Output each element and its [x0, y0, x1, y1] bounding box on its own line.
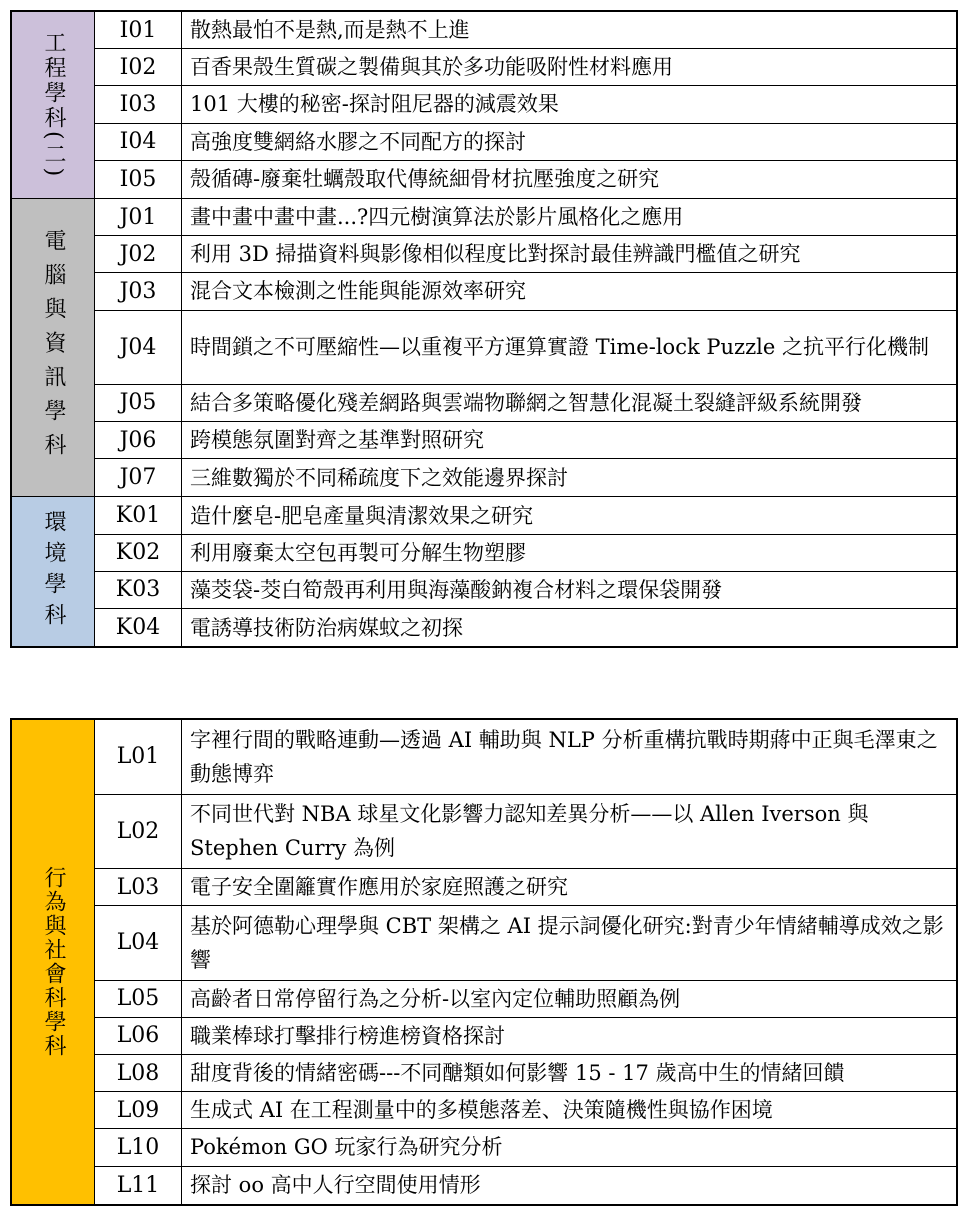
table-row: L06職業棒球打擊排行榜進榜資格探討: [95, 1018, 956, 1055]
project-title: 高強度雙網絡水膠之不同配方的探討: [182, 124, 956, 160]
table-row: J06跨模態氛圍對齊之基準對照研究: [95, 422, 956, 459]
table-row: J02利用 3D 掃描資料與影像相似程度比對探討最佳辨識門檻值之研究: [95, 236, 956, 273]
project-title: 殼循磚-廢棄牡蠣殼取代傳統細骨材抗壓強度之研究: [182, 161, 956, 198]
project-code: L09: [95, 1092, 182, 1128]
group-rows: L01字裡行間的戰略連動—透過 AI 輔助與 NLP 分析重構抗戰時期蔣中正與毛…: [95, 720, 956, 1203]
project-title: 職業棒球打擊排行榜進榜資格探討: [182, 1018, 956, 1054]
project-title: 高齡者日常停留行為之分析-以室內定位輔助照顧為例: [182, 981, 956, 1017]
subject-table-behavioral-social: 行為與社會科學科L01字裡行間的戰略連動—透過 AI 輔助與 NLP 分析重構抗…: [10, 718, 958, 1205]
project-title: 三維數獨於不同稀疏度下之效能邊界探討: [182, 459, 956, 496]
project-code: L02: [95, 795, 182, 868]
project-code: I04: [95, 124, 182, 160]
project-code: J05: [95, 385, 182, 421]
project-title: 不同世代對 NBA 球星文化影響力認知差異分析——以 Allen Iverson…: [182, 795, 956, 868]
project-code: I05: [95, 161, 182, 198]
project-title: 造什麼皂-肥皂產量與清潔效果之研究: [182, 497, 956, 533]
group-rows: J01畫中畫中畫中畫...?四元樹演算法於影片風格化之應用J02利用 3D 掃描…: [95, 199, 956, 497]
project-code: L04: [95, 906, 182, 979]
table-row: L02不同世代對 NBA 球星文化影響力認知差異分析——以 Allen Iver…: [95, 795, 956, 869]
table-row: L11探討 oo 高中人行空間使用情形: [95, 1167, 956, 1204]
project-title: 電誘導技術防治病媒蚊之初探: [182, 609, 956, 646]
project-code: K03: [95, 572, 182, 608]
project-code: L10: [95, 1129, 182, 1165]
category-cell: 環境學科: [12, 497, 95, 646]
category-cell: 行為與社會科學科: [12, 720, 95, 1203]
project-code: J07: [95, 459, 182, 496]
project-title: 藻茭袋-茭白筍殼再利用與海藻酸鈉複合材料之環保袋開發: [182, 572, 956, 608]
table-row: J01畫中畫中畫中畫...?四元樹演算法於影片風格化之應用: [95, 199, 956, 236]
project-title: 探討 oo 高中人行空間使用情形: [182, 1167, 956, 1204]
table-row: J03混合文本檢測之性能與能源效率研究: [95, 273, 956, 310]
project-title: 利用 3D 掃描資料與影像相似程度比對探討最佳辨識門檻值之研究: [182, 236, 956, 272]
project-code: I01: [95, 12, 182, 48]
project-code: J02: [95, 236, 182, 272]
project-title: 基於阿德勒心理學與 CBT 架構之 AI 提示詞優化研究:對青少年情緒輔導成效之…: [182, 906, 956, 979]
project-code: J06: [95, 422, 182, 458]
table-row: L01字裡行間的戰略連動—透過 AI 輔助與 NLP 分析重構抗戰時期蔣中正與毛…: [95, 720, 956, 794]
table-row: L05高齡者日常停留行為之分析-以室內定位輔助照顧為例: [95, 981, 956, 1018]
project-title: 利用廢棄太空包再製可分解生物塑膠: [182, 535, 956, 571]
project-title: 甜度背後的情緒密碼---不同醣類如何影響 15 - 17 歲高中生的情緒回饋: [182, 1055, 956, 1091]
project-code: L03: [95, 869, 182, 905]
subject-table-engineering-computer-environment: 工程學科(二)I01散熱最怕不是熱,而是熱不上進I02百香果殼生質碳之製備與其於…: [10, 10, 958, 648]
project-title: 時間鎖之不可壓縮性—以重複平方運算實證 Time-lock Puzzle 之抗平…: [182, 311, 956, 384]
category-cell: 工程學科(二): [12, 12, 95, 198]
table-row: L03電子安全圍籬實作應用於家庭照護之研究: [95, 869, 956, 906]
category-label: 環境學科: [42, 510, 64, 634]
category-group: 電腦與資訊學科J01畫中畫中畫中畫...?四元樹演算法於影片風格化之應用J02利…: [12, 199, 956, 498]
project-title: 電子安全圍籬實作應用於家庭照護之研究: [182, 869, 956, 905]
group-rows: K01造什麼皂-肥皂產量與清潔效果之研究K02利用廢棄太空包再製可分解生物塑膠K…: [95, 497, 956, 646]
project-title: 混合文本檢測之性能與能源效率研究: [182, 273, 956, 309]
table-row: I05殼循磚-廢棄牡蠣殼取代傳統細骨材抗壓強度之研究: [95, 161, 956, 198]
project-code: J04: [95, 311, 182, 384]
project-code: J01: [95, 199, 182, 235]
project-title: 畫中畫中畫中畫...?四元樹演算法於影片風格化之應用: [182, 199, 956, 235]
category-group: 工程學科(二)I01散熱最怕不是熱,而是熱不上進I02百香果殼生質碳之製備與其於…: [12, 12, 956, 199]
table-row: J05結合多策略優化殘差網路與雲端物聯網之智慧化混凝土裂縫評級系統開發: [95, 385, 956, 422]
table-row: I03101 大樓的秘密-探討阻尼器的減震效果: [95, 86, 956, 123]
table-row: L04基於阿德勒心理學與 CBT 架構之 AI 提示詞優化研究:對青少年情緒輔導…: [95, 906, 956, 980]
project-code: J03: [95, 273, 182, 309]
project-title: 結合多策略優化殘差網路與雲端物聯網之智慧化混凝土裂縫評級系統開發: [182, 385, 956, 421]
project-title: Pokémon GO 玩家行為研究分析: [182, 1129, 956, 1165]
project-code: L11: [95, 1167, 182, 1204]
group-rows: I01散熱最怕不是熱,而是熱不上進I02百香果殼生質碳之製備與其於多功能吸附性材…: [95, 12, 956, 198]
project-code: I02: [95, 49, 182, 85]
table-row: I04高強度雙網絡水膠之不同配方的探討: [95, 124, 956, 161]
project-code: I03: [95, 86, 182, 122]
table-row: J07三維數獨於不同稀疏度下之效能邊界探討: [95, 459, 956, 496]
project-code: K02: [95, 535, 182, 571]
table-row: K03藻茭袋-茭白筍殼再利用與海藻酸鈉複合材料之環保袋開發: [95, 572, 956, 609]
category-cell: 電腦與資訊學科: [12, 199, 95, 497]
category-group: 行為與社會科學科L01字裡行間的戰略連動—透過 AI 輔助與 NLP 分析重構抗…: [12, 720, 956, 1203]
project-code: L01: [95, 720, 182, 793]
project-title: 百香果殼生質碳之製備與其於多功能吸附性材料應用: [182, 49, 956, 85]
table-row: L08甜度背後的情緒密碼---不同醣類如何影響 15 - 17 歲高中生的情緒回…: [95, 1055, 956, 1092]
table-row: I01散熱最怕不是熱,而是熱不上進: [95, 12, 956, 49]
project-title: 散熱最怕不是熱,而是熱不上進: [182, 12, 956, 48]
table-row: L10Pokémon GO 玩家行為研究分析: [95, 1129, 956, 1166]
category-label: 行為與社會科學科: [42, 866, 64, 1058]
category-label: 工程學科(二): [42, 31, 64, 179]
table-row: K02利用廢棄太空包再製可分解生物塑膠: [95, 535, 956, 572]
table-row: J04時間鎖之不可壓縮性—以重複平方運算實證 Time-lock Puzzle …: [95, 311, 956, 385]
table-row: K01造什麼皂-肥皂產量與清潔效果之研究: [95, 497, 956, 534]
project-code: K04: [95, 609, 182, 646]
table-row: L09生成式 AI 在工程測量中的多模態落差、決策隨機性與協作困境: [95, 1092, 956, 1129]
project-code: L08: [95, 1055, 182, 1091]
table-row: K04電誘導技術防治病媒蚊之初探: [95, 609, 956, 646]
table-row: I02百香果殼生質碳之製備與其於多功能吸附性材料應用: [95, 49, 956, 86]
project-title: 跨模態氛圍對齊之基準對照研究: [182, 422, 956, 458]
category-group: 環境學科K01造什麼皂-肥皂產量與清潔效果之研究K02利用廢棄太空包再製可分解生…: [12, 497, 956, 646]
project-code: L05: [95, 981, 182, 1017]
project-title: 生成式 AI 在工程測量中的多模態落差、決策隨機性與協作困境: [182, 1092, 956, 1128]
project-code: K01: [95, 497, 182, 533]
project-title: 字裡行間的戰略連動—透過 AI 輔助與 NLP 分析重構抗戰時期蔣中正與毛澤東之…: [182, 720, 956, 793]
project-title: 101 大樓的秘密-探討阻尼器的減震效果: [182, 86, 956, 122]
project-code: L06: [95, 1018, 182, 1054]
category-label: 電腦與資訊學科: [42, 229, 64, 467]
